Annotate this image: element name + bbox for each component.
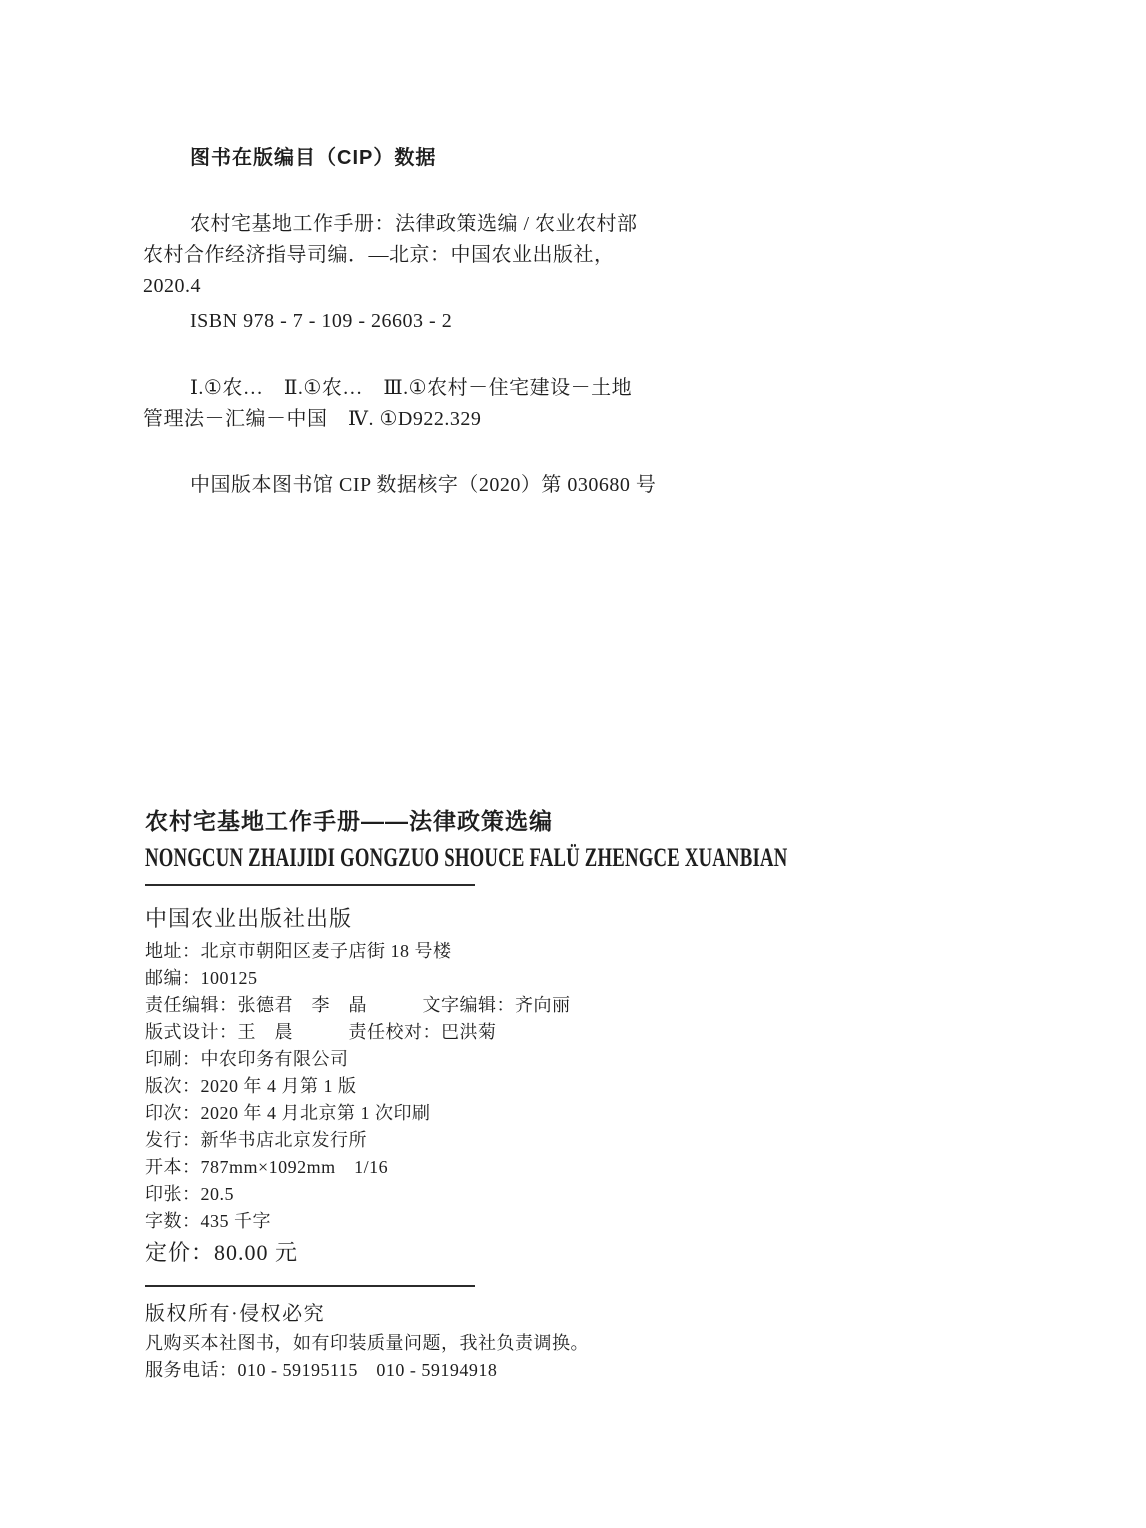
book-copyright-page: 图书在版编目（CIP）数据 农村宅基地工作手册：法律政策选编 / 农业农村部 农… <box>0 0 1146 1528</box>
detail-impression: 印次：2020 年 4 月北京第 1 次印刷 <box>145 1100 905 1127</box>
detail-address: 地址：北京市朝阳区麦子店街 18 号楼 <box>145 938 905 965</box>
cip-bib-line: 2020.4 <box>143 271 743 302</box>
detail-edition: 版次：2020 年 4 月第 1 版 <box>145 1073 905 1100</box>
colophon-block: 农村宅基地工作手册——法律政策选编 NONGCUN ZHAIJIDI GONGZ… <box>145 806 905 1384</box>
quality-exchange-notice: 凡购买本社图书，如有印装质量问题，我社负责调换。 <box>145 1330 905 1357</box>
divider-line-bottom <box>145 1285 475 1287</box>
detail-editors: 责任编辑：张德君 李 晶 文字编辑：齐向丽 <box>145 992 905 1019</box>
book-title-pinyin: NONGCUN ZHAIJIDI GONGZUO SHOUCE FALÜ ZHE… <box>145 846 692 870</box>
cip-class-line: Ⅰ.①农… Ⅱ.①农… Ⅲ.①农村－住宅建设－土地 <box>143 373 743 404</box>
price-line: 定价：80.00 元 <box>145 1237 905 1269</box>
cip-heading: 图书在版编目（CIP）数据 <box>143 145 743 171</box>
cip-classification: Ⅰ.①农… Ⅱ.①农… Ⅲ.①农村－住宅建设－土地 管理法－汇编－中国 Ⅳ. ①… <box>143 373 743 435</box>
copyright-notice: 版权所有·侵权必究 <box>145 1300 905 1328</box>
cip-record-number: 中国版本图书馆 CIP 数据核字（2020）第 030680 号 <box>143 470 743 501</box>
cip-block: 图书在版编目（CIP）数据 农村宅基地工作手册：法律政策选编 / 农业农村部 农… <box>143 145 743 501</box>
detail-distributor: 发行：新华书店北京发行所 <box>145 1127 905 1154</box>
service-phone-line: 服务电话：010 - 59195115 010 - 59194918 <box>145 1357 905 1384</box>
book-title-chinese: 农村宅基地工作手册——法律政策选编 <box>145 806 905 836</box>
publication-details: 地址：北京市朝阳区麦子店街 18 号楼 邮编：100125 责任编辑：张德君 李… <box>145 938 905 1235</box>
detail-sheets: 印张：20.5 <box>145 1181 905 1208</box>
detail-format: 开本：787mm×1092mm 1/16 <box>145 1154 905 1181</box>
divider-line-top <box>145 884 475 886</box>
detail-design-proofread: 版式设计：王 晨 责任校对：巴洪菊 <box>145 1019 905 1046</box>
cip-bib-line: 农村合作经济指导司编．—北京：中国农业出版社， <box>143 240 743 271</box>
cip-class-line: 管理法－汇编－中国 Ⅳ. ①D922.329 <box>143 404 743 435</box>
detail-printer: 印刷：中农印务有限公司 <box>145 1046 905 1073</box>
cip-bib-line: 农村宅基地工作手册：法律政策选编 / 农业农村部 <box>143 209 743 240</box>
cip-bibliographic-description: 农村宅基地工作手册：法律政策选编 / 农业农村部 农村合作经济指导司编．—北京：… <box>143 209 743 337</box>
detail-wordcount: 字数：435 千字 <box>145 1208 905 1235</box>
detail-postcode: 邮编：100125 <box>145 965 905 992</box>
publisher-imprint: 中国农业出版社出版 <box>145 904 905 934</box>
isbn-number: ISBN 978 - 7 - 109 - 26603 - 2 <box>143 306 743 337</box>
